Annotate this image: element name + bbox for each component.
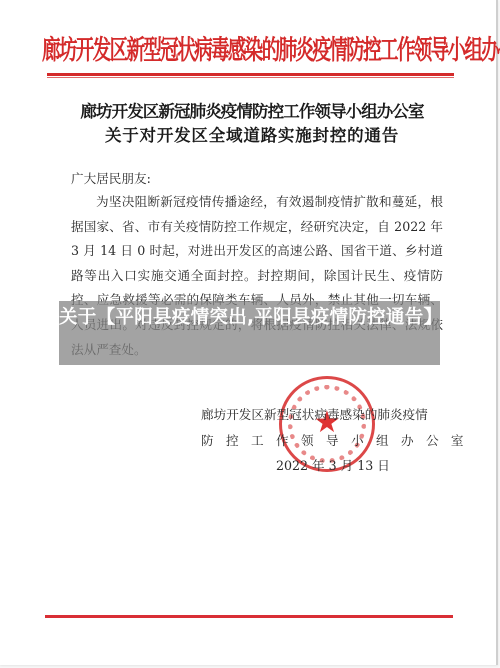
notice-title-subject: 关于对开发区全域道路实施封控的通告 — [52, 122, 452, 146]
footer-rule — [45, 615, 453, 618]
salutation: 广大居民朋友: — [71, 168, 151, 187]
signature-line-1: 廊坊开发区新型冠状病毒感染的肺炎疫情 — [201, 404, 428, 423]
notice-title-issuer: 廊坊开发区新冠肺炎疫情防控工作领导小组办公室 — [52, 98, 452, 122]
caption-text: 关于【平阳县疫情突出,平阳县疫情防控通告】 — [59, 305, 440, 331]
letterhead-title: 廊坊开发区新型冠状病毒感染的肺炎疫情防控工作领导小组办公室 — [42, 30, 460, 68]
letterhead-rule — [47, 73, 454, 76]
signature-date: 2022 年 3 月 13 日 — [276, 455, 390, 474]
signature-line-2: 防控工作领导小组办公室 — [201, 430, 476, 449]
letterhead-rule-thin — [47, 77, 454, 78]
